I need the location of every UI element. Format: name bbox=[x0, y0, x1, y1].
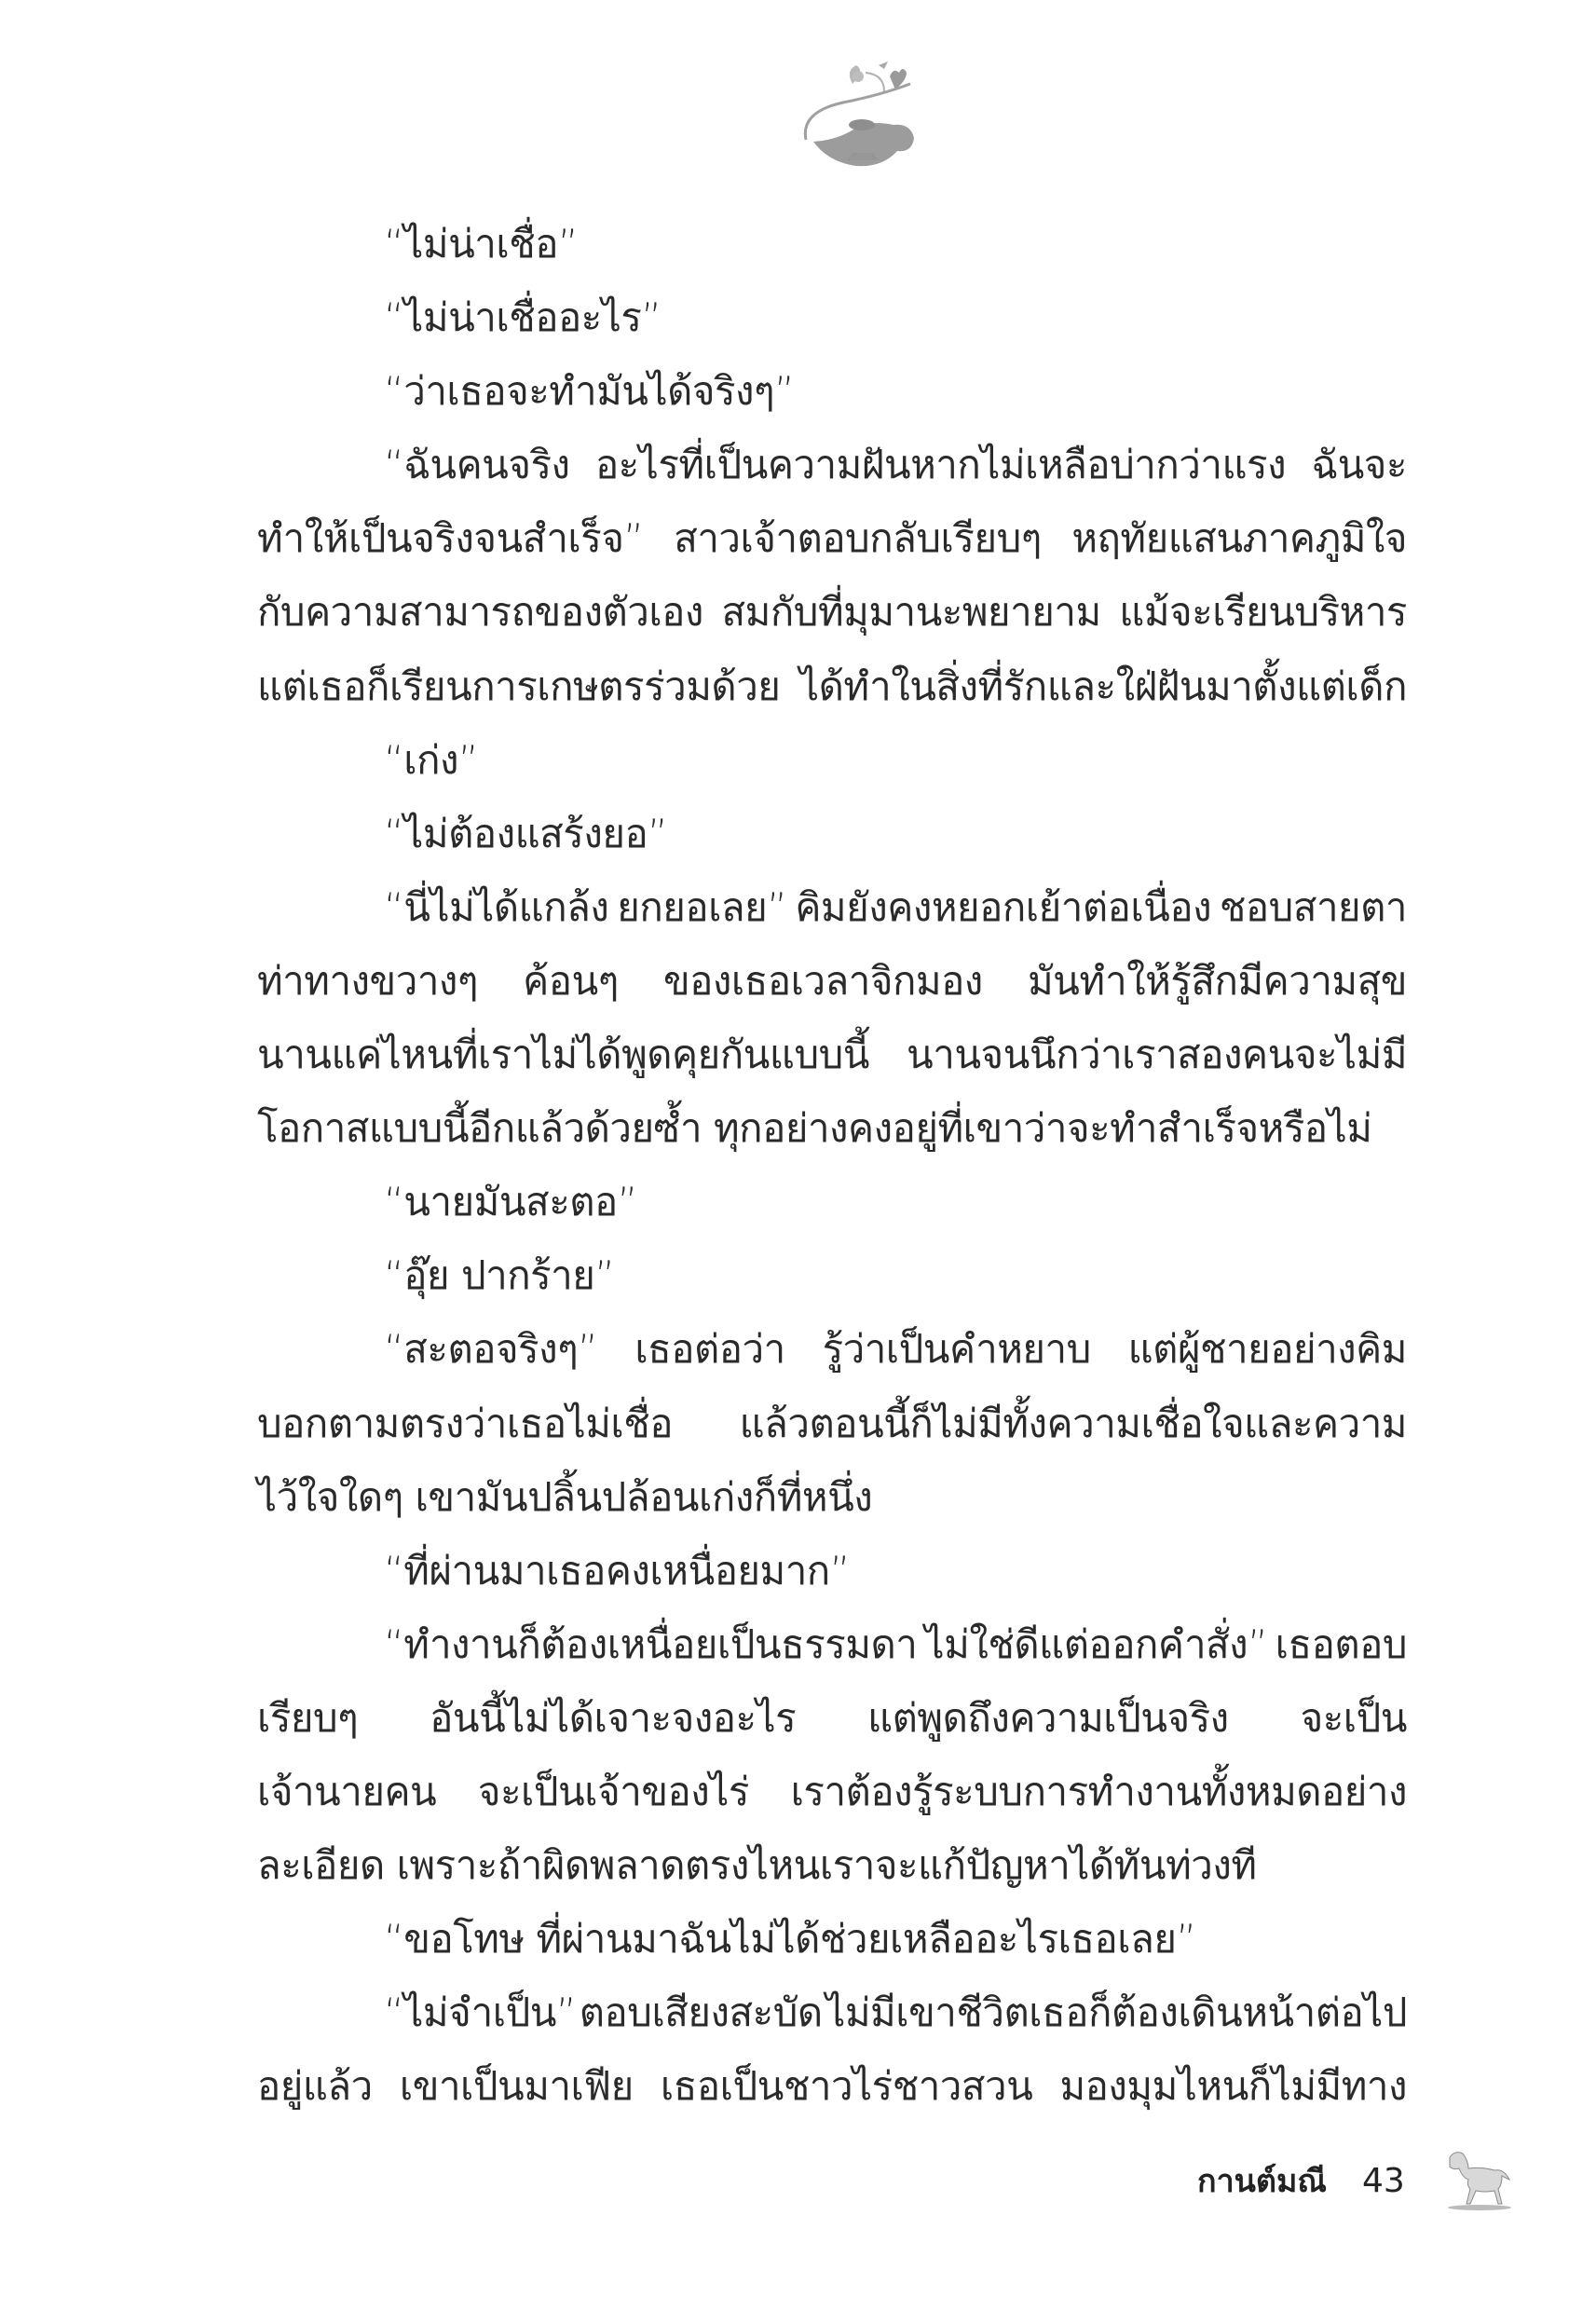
cupid-genie-lamp-icon bbox=[787, 56, 918, 168]
line-text: “เก่ง” bbox=[384, 723, 478, 797]
page-number: 43 bbox=[1362, 2162, 1405, 2200]
text-line: บอกตามตรงว่าเธอไม่เชื่อแล้วตอนนี้ก็ไม่มี… bbox=[257, 1387, 1407, 1460]
text-line: โอกาสแบบนี้อีกแล้วด้วยซ้ำ ทุกอย่างคงอยู่… bbox=[257, 1091, 1407, 1165]
text-line: ทำให้เป็นจริงจนสำเร็จ”สาวเจ้าตอบกลับเรีย… bbox=[257, 501, 1407, 575]
text-line: “ไม่จำเป็น”ตอบเสียงสะบัดไม่มีเขาชีวิตเธอ… bbox=[257, 1976, 1407, 2049]
word: สมกับที่มุมานะพยายาม bbox=[722, 575, 1101, 649]
word: “ฉันคนจริง bbox=[384, 428, 570, 501]
word: “สะตอจริงๆ” bbox=[384, 1312, 597, 1386]
word: แล้วตอนนี้ก็ไม่มีทั้งความเชื่อใจและความ bbox=[740, 1387, 1407, 1460]
word: มันทำให้รู้สึกมีความสุข bbox=[1028, 944, 1407, 1018]
text-line: ท่าทางขวางๆค้อนๆของเธอเวลาจิกมองมันทำให้… bbox=[257, 944, 1407, 1018]
word: แต่ผู้ชายอย่างคิม bbox=[1128, 1312, 1407, 1386]
word: เขาเป็นมาเฟีย bbox=[400, 2049, 634, 2123]
word: คิมยังคงหยอกเย้าต่อเนื่อง bbox=[795, 870, 1211, 944]
text-line: “ไม่น่าเชื่ออะไร” bbox=[257, 280, 1407, 354]
line-text: “ไม่น่าเชื่ออะไร” bbox=[384, 280, 662, 354]
word: สาวเจ้าตอบกลับเรียบๆ bbox=[674, 501, 1042, 575]
word: “ทำงานก็ต้องเหนื่อยเป็นธรรมดา bbox=[384, 1607, 917, 1681]
line-text: โอกาสแบบนี้อีกแล้วด้วยซ้ำ ทุกอย่างคงอยู่… bbox=[257, 1091, 1371, 1165]
word: ได้ทำในสิ่งที่รักและใฝ่ฝันมาตั้งแต่เด็ก bbox=[799, 650, 1407, 723]
text-line: เจ้านายคนจะเป็นเจ้าของไร่เราต้องรู้ระบบก… bbox=[257, 1755, 1407, 1828]
word: เธอต่อว่า bbox=[634, 1312, 784, 1386]
word: นานแค่ไหนที่เราไม่ได้พูดคุยกันแบบนี้ bbox=[257, 1018, 869, 1091]
word: ไม่ใช่ดีแต่ออกคำสั่ง” bbox=[925, 1607, 1268, 1681]
text-line: แต่เธอก็เรียนการเกษตรร่วมด้วยได้ทำในสิ่ง… bbox=[257, 650, 1407, 723]
text-line: “นายมันสะตอ” bbox=[257, 1165, 1407, 1238]
text-line: อยู่แล้วเขาเป็นมาเฟียเธอเป็นชาวไร่ชาวสวน… bbox=[257, 2049, 1407, 2123]
word: เธอเป็นชาวไร่ชาวสวน bbox=[661, 2049, 1032, 2123]
body-text: “ไม่น่าเชื่อ”“ไม่น่าเชื่ออะไร”“ว่าเธอจะท… bbox=[257, 207, 1407, 2123]
word: มองมุมไหนก็ไม่มีทาง bbox=[1059, 2049, 1407, 2123]
word: หฤทัยแสนภาคภูมิใจ bbox=[1071, 501, 1407, 575]
text-line: “ขอโทษ ที่ผ่านมาฉันไม่ได้ช่วยเหลืออะไรเธ… bbox=[257, 1902, 1407, 1976]
word: ยกยอเลย” bbox=[617, 870, 786, 944]
line-text: “ที่ผ่านมาเธอคงเหนื่อยมาก” bbox=[384, 1534, 850, 1607]
line-text: “ไม่น่าเชื่อ” bbox=[384, 207, 578, 280]
text-line: นานแค่ไหนที่เราไม่ได้พูดคุยกันแบบนี้นานจ… bbox=[257, 1018, 1407, 1091]
page-footer: กานต์มณี 43 bbox=[1197, 2148, 1517, 2213]
word: จะเป็น bbox=[1301, 1681, 1407, 1755]
line-text: “นายมันสะตอ” bbox=[384, 1165, 637, 1238]
text-line: “ว่าเธอจะทำมันได้จริงๆ” bbox=[257, 354, 1407, 428]
text-line: “ทำงานก็ต้องเหนื่อยเป็นธรรมดาไม่ใช่ดีแต่… bbox=[257, 1607, 1407, 1681]
line-text: ละเอียด เพราะถ้าผิดพลาดตรงไหนเราจะแก้ปัญ… bbox=[257, 1828, 1257, 1902]
word: ของเธอเวลาจิกมอง bbox=[663, 944, 983, 1018]
text-line: ละเอียด เพราะถ้าผิดพลาดตรงไหนเราจะแก้ปัญ… bbox=[257, 1828, 1407, 1902]
word: “นี่ไม่ได้แกล้ง bbox=[384, 870, 608, 944]
word: รู้ว่าเป็นคำหยาบ bbox=[823, 1312, 1091, 1386]
word: เจ้านายคน bbox=[257, 1755, 436, 1828]
word: แม้จะเรียนบริหาร bbox=[1119, 575, 1407, 649]
text-line: ไว้ใจใดๆ เขามันปลิ้นปล้อนเก่งก็ที่หนึ่ง bbox=[257, 1460, 1407, 1534]
text-line: “สะตอจริงๆ”เธอต่อว่ารู้ว่าเป็นคำหยาบแต่ผ… bbox=[257, 1312, 1407, 1386]
word: แต่เธอก็เรียนการเกษตรร่วมด้วย bbox=[257, 650, 780, 723]
word: บอกตามตรงว่าเธอไม่เชื่อ bbox=[257, 1387, 673, 1460]
word: อันนี้ไม่ได้เจาะจงอะไร bbox=[430, 1681, 796, 1755]
word: ตอบเสียงสะบัด bbox=[580, 1976, 823, 2049]
line-text: ไว้ใจใดๆ เขามันปลิ้นปล้อนเก่งก็ที่หนึ่ง bbox=[257, 1460, 872, 1534]
text-line: “ที่ผ่านมาเธอคงเหนื่อยมาก” bbox=[257, 1534, 1407, 1607]
word: ชอบสายตา bbox=[1220, 870, 1407, 944]
word: เรียบๆ bbox=[257, 1681, 358, 1755]
text-line: “ไม่น่าเชื่อ” bbox=[257, 207, 1407, 280]
text-line: “ไม่ต้องแสร้งยอ” bbox=[257, 797, 1407, 870]
word: ไม่มีเขาชีวิตเธอก็ต้องเดินหน้าต่อไป bbox=[825, 1976, 1407, 2049]
book-title: กานต์มณี bbox=[1197, 2155, 1327, 2206]
line-text: “ไม่ต้องแสร้งยอ” bbox=[384, 797, 667, 870]
word: ค้อนๆ bbox=[523, 944, 619, 1018]
horse-icon bbox=[1442, 2148, 1517, 2213]
word: ท่าทางขวางๆ bbox=[257, 944, 478, 1018]
line-text: “ว่าเธอจะทำมันได้จริงๆ” bbox=[384, 354, 794, 428]
word: แต่พูดถึงความเป็นจริง bbox=[867, 1681, 1229, 1755]
word: “ไม่จำเป็น” bbox=[384, 1976, 576, 2049]
text-line: “นี่ไม่ได้แกล้งยกยอเลย”คิมยังคงหยอกเย้าต… bbox=[257, 870, 1407, 944]
word: จะเป็นเจ้าของไร่ bbox=[478, 1755, 749, 1828]
word: อะไรที่เป็นความฝันหากไม่เหลือบ่ากว่าแรง bbox=[595, 428, 1286, 501]
text-line: กับความสามารถของตัวเองสมกับที่มุมานะพยาย… bbox=[257, 575, 1407, 649]
text-line: “ฉันคนจริงอะไรที่เป็นความฝันหากไม่เหลือบ… bbox=[257, 428, 1407, 501]
word: เราต้องรู้ระบบการทำงานทั้งหมดอย่าง bbox=[791, 1755, 1407, 1828]
word: ฉันจะ bbox=[1311, 428, 1407, 501]
word: กับความสามารถของตัวเอง bbox=[257, 575, 703, 649]
word: เธอตอบ bbox=[1275, 1607, 1407, 1681]
text-line: “เก่ง” bbox=[257, 723, 1407, 797]
text-line: “อุ๊ย ปากร้าย” bbox=[257, 1238, 1407, 1312]
word: ทำให้เป็นจริงจนสำเร็จ” bbox=[257, 501, 644, 575]
word: อยู่แล้ว bbox=[257, 2049, 373, 2123]
word: นานจนนึกว่าเราสองคนจะไม่มี bbox=[907, 1018, 1407, 1091]
text-line: เรียบๆอันนี้ไม่ได้เจาะจงอะไรแต่พูดถึงควา… bbox=[257, 1681, 1407, 1755]
line-text: “ขอโทษ ที่ผ่านมาฉันไม่ได้ช่วยเหลืออะไรเธ… bbox=[384, 1902, 1196, 1976]
line-text: “อุ๊ย ปากร้าย” bbox=[384, 1238, 615, 1312]
